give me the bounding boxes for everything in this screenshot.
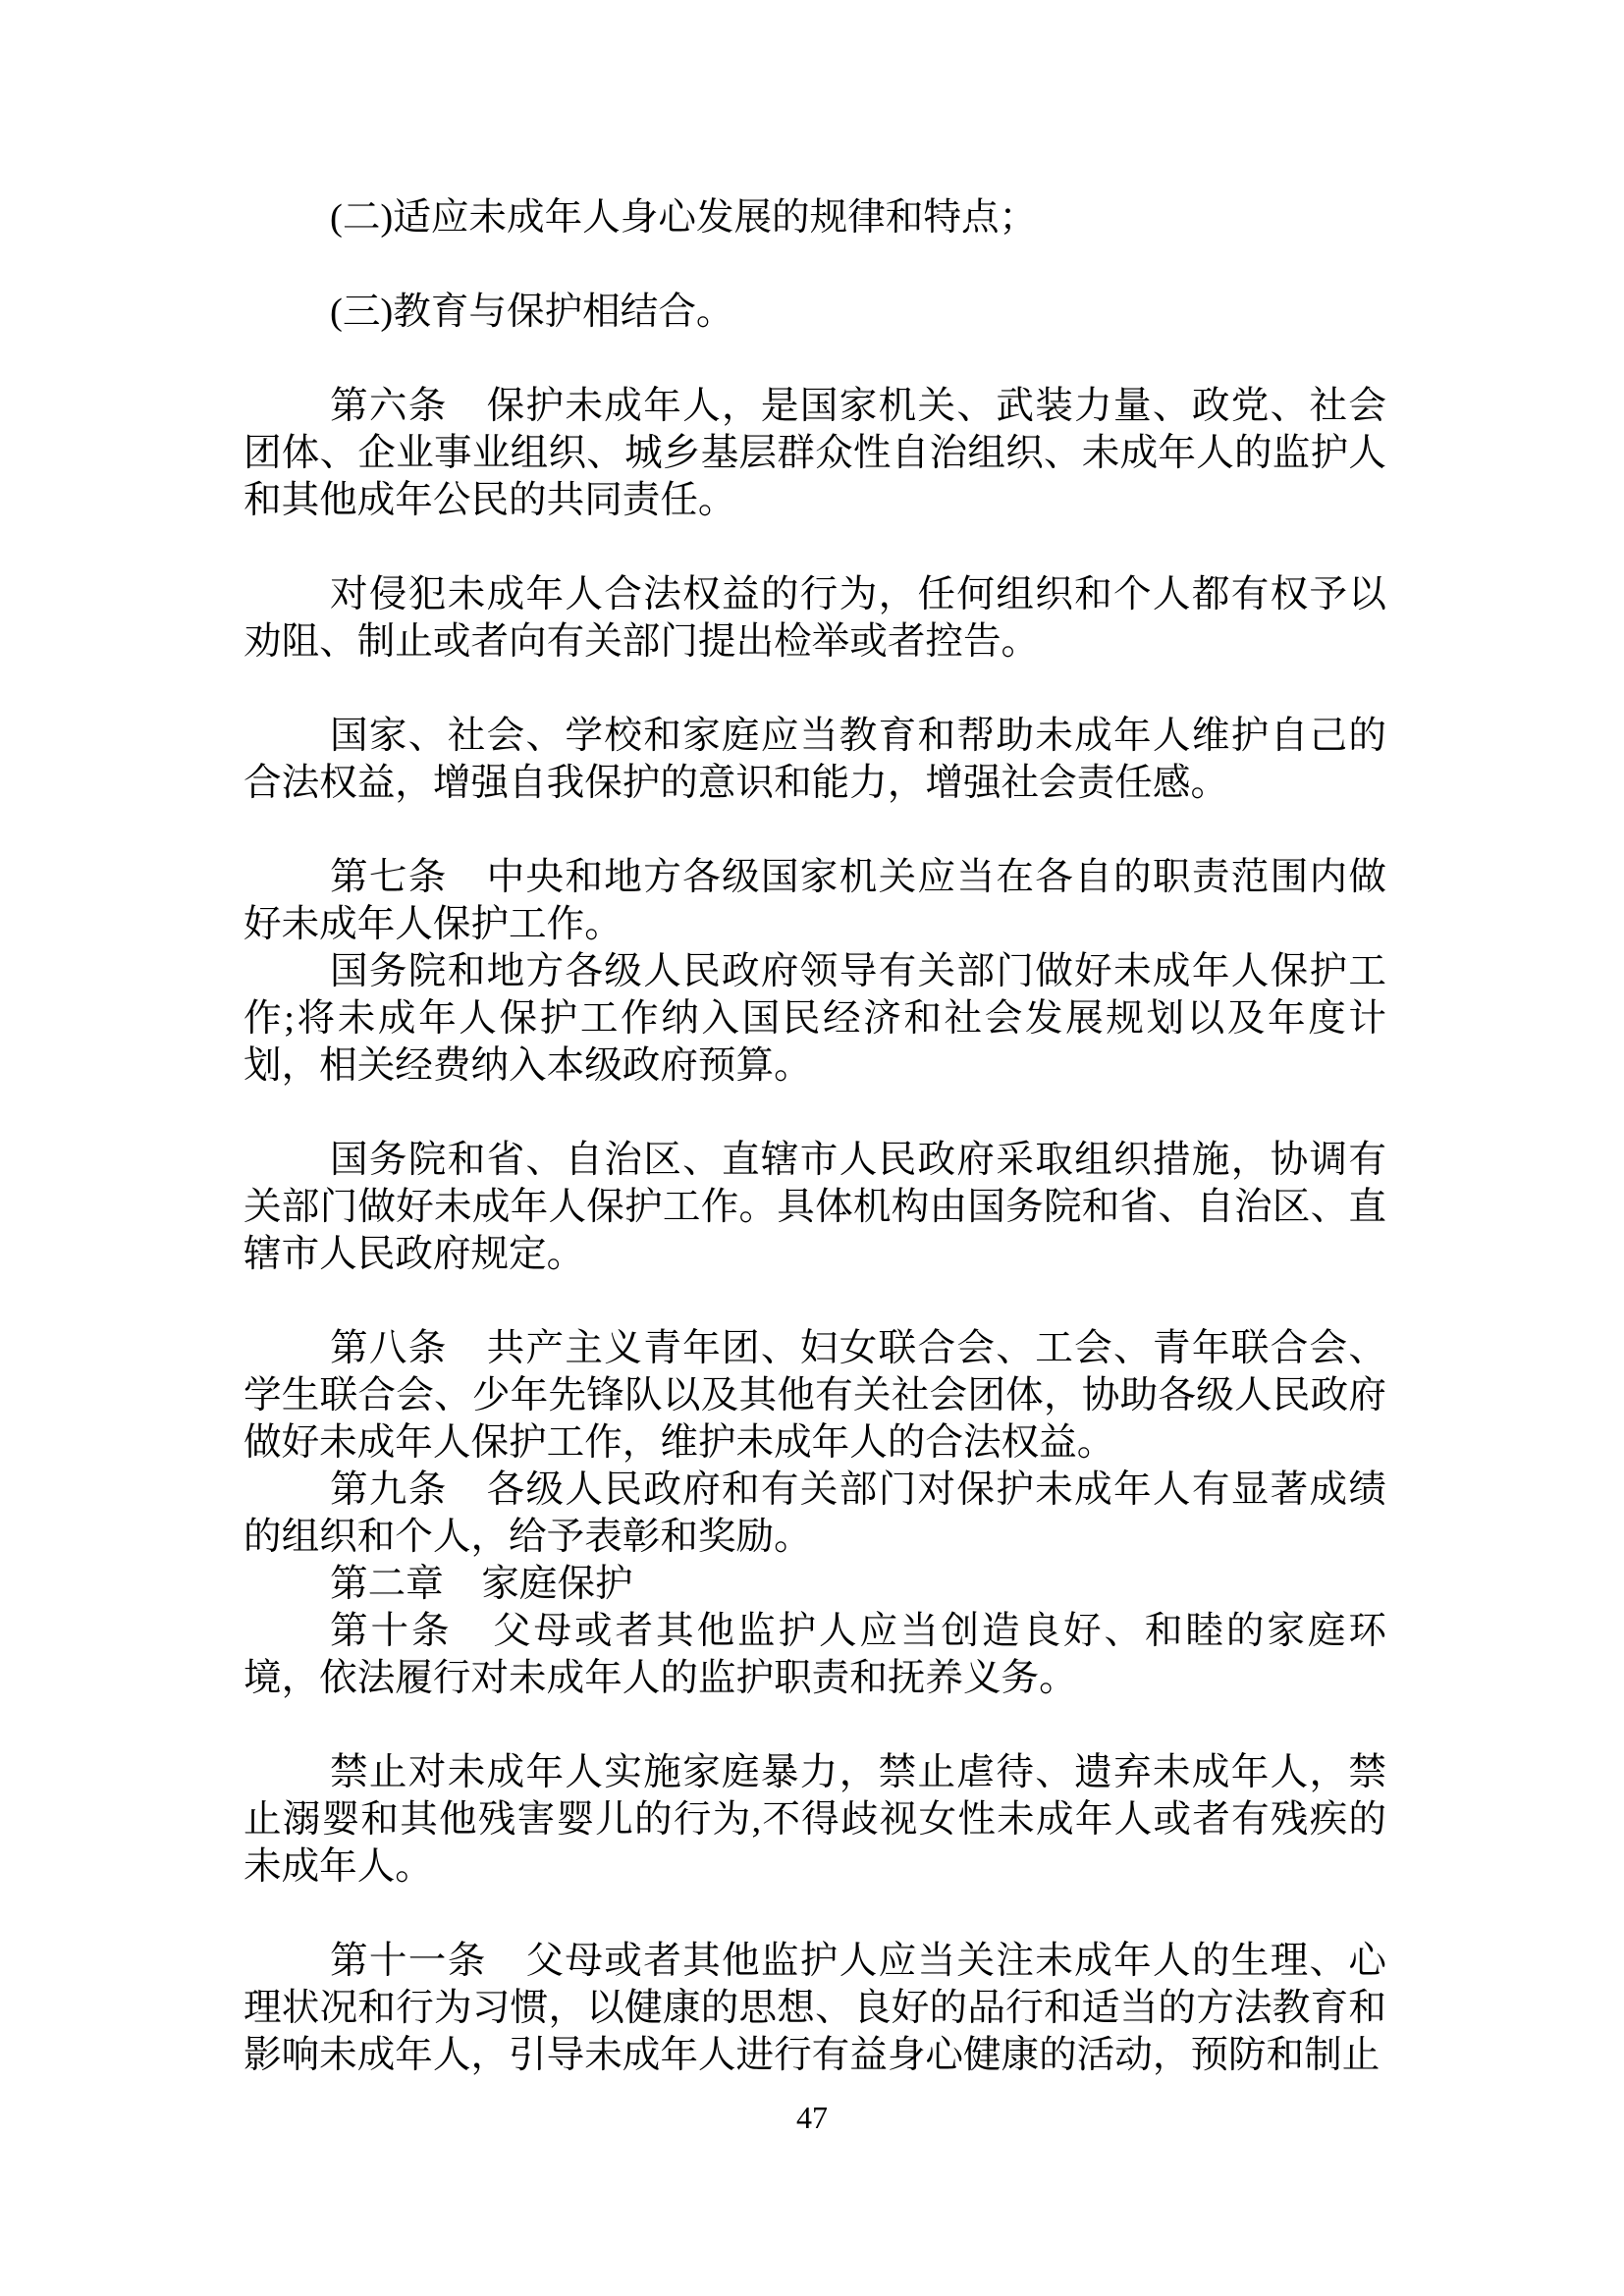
paragraph: 第六条 保护未成年人，是国家机关、武装力量、政党、社会团体、企业事业组织、城乡基… <box>244 383 1386 524</box>
chapter-heading: 第二章 家庭保护 <box>244 1561 1386 1608</box>
paragraph: 国务院和地方各级人民政府领导有关部门做好未成年人保护工作;将未成年人保护工作纳入… <box>244 948 1386 1090</box>
paragraph: 国家、社会、学校和家庭应当教育和帮助未成年人维护自己的合法权益，增强自我保护的意… <box>244 713 1386 807</box>
document-page: (二)适应未成年人身心发展的规律和特点； (三)教育与保护相结合。 第六条 保护… <box>0 0 1624 2296</box>
paragraph: 禁止对未成年人实施家庭暴力，禁止虐待、遗弃未成年人，禁止溺婴和其他残害婴儿的行为… <box>244 1749 1386 1891</box>
paragraph: 第七条 中央和地方各级国家机关应当在各自的职责范围内做好未成年人保护工作。 <box>244 854 1386 948</box>
paragraph: 第十一条 父母或者其他监护人应当关注未成年人的生理、心理状况和行为习惯，以健康的… <box>244 1938 1386 2079</box>
paragraph: (三)教育与保护相结合。 <box>244 289 1386 336</box>
paragraph: 第九条 各级人民政府和有关部门对保护未成年人有显著成绩的组织和个人，给予表彰和奖… <box>244 1467 1386 1561</box>
paragraph: 国务院和省、自治区、直辖市人民政府采取组织措施，协调有关部门做好未成年人保护工作… <box>244 1137 1386 1278</box>
page-number: 47 <box>0 2101 1624 2134</box>
paragraph: 第十条 父母或者其他监护人应当创造良好、和睦的家庭环境，依法履行对未成年人的监护… <box>244 1608 1386 1702</box>
paragraph: 第八条 共产主义青年团、妇女联合会、工会、青年联合会、学生联合会、少年先锋队以及… <box>244 1325 1386 1467</box>
text-body: (二)适应未成年人身心发展的规律和特点； (三)教育与保护相结合。 第六条 保护… <box>244 194 1386 2079</box>
paragraph: (二)适应未成年人身心发展的规律和特点； <box>244 194 1386 241</box>
paragraph: 对侵犯未成年人合法权益的行为，任何组织和个人都有权予以劝阻、制止或者向有关部门提… <box>244 571 1386 666</box>
